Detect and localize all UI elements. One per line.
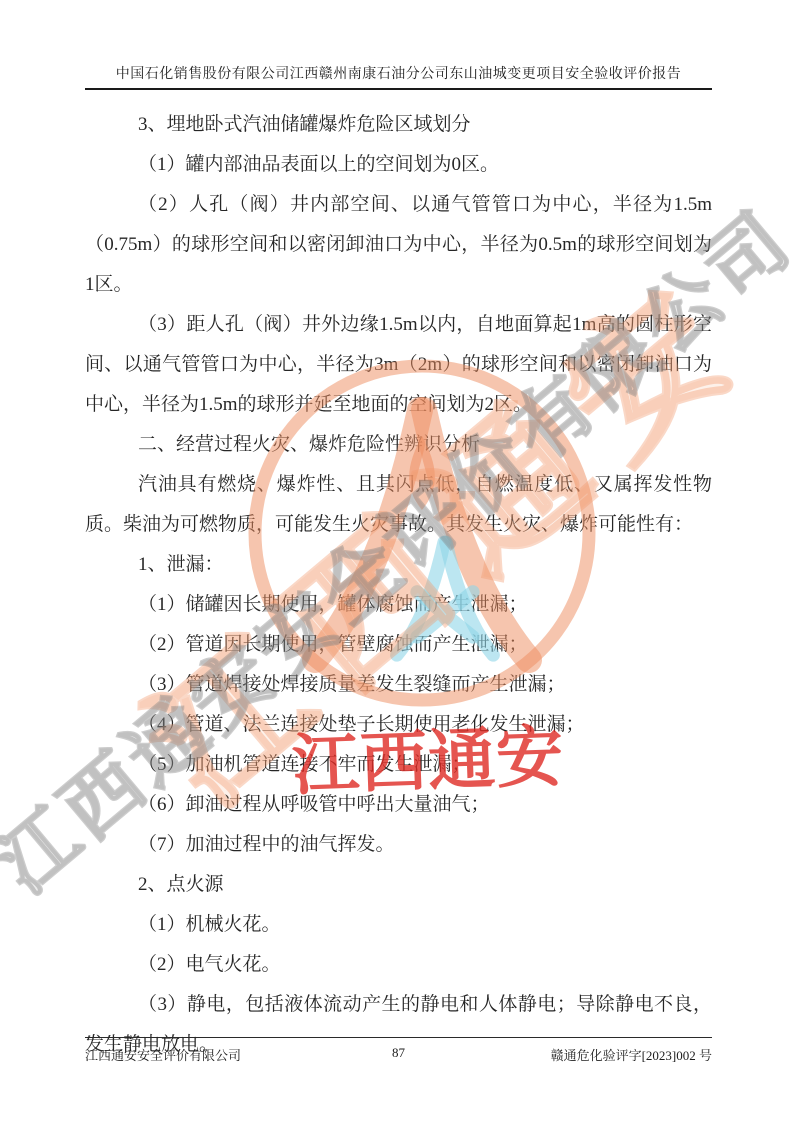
paragraph: （3）管道焊接处焊接质量差发生裂缝而产生泄漏；: [85, 665, 712, 705]
paragraph: （1）机械火花。: [85, 905, 712, 945]
paragraph: （6）卸油过程从呼吸管中呼出大量油气；: [85, 785, 712, 825]
paragraph: （4）管道、法兰连接处垫子长期使用老化发生泄漏；: [85, 705, 712, 745]
paragraph: 二、经营过程火灾、爆炸危险性辨识分析: [85, 425, 712, 465]
paragraph: （5）加油机管道连接不牢而发生泄漏；: [85, 745, 712, 785]
header-divider: [85, 88, 712, 90]
paragraph: 汽油具有燃烧、爆炸性、且其闪点低，自燃温度低、又属挥发性物质。柴油为可燃物质，可…: [85, 465, 712, 545]
paragraph: （2）电气火花。: [85, 945, 712, 985]
paragraph: （1）罐内部油品表面以上的空间划为0区。: [85, 145, 712, 185]
paragraph: （3）静电，包括液体流动产生的静电和人体静电；导除静电不良，发生静电放电。: [85, 985, 712, 1065]
document-body: 3、埋地卧式汽油储罐爆炸危险区域划分 （1）罐内部油品表面以上的空间划为0区。 …: [85, 105, 712, 1065]
page-header-title: 中国石化销售股份有限公司江西赣州南康石油分公司东山油城变更项目安全验收评价报告: [85, 63, 712, 83]
paragraph: （7）加油过程中的油气挥发。: [85, 825, 712, 865]
paragraph: （1）储罐因长期使用，罐体腐蚀而产生泄漏；: [85, 585, 712, 625]
paragraph: 1、泄漏：: [85, 545, 712, 585]
report-page: 中国石化销售股份有限公司江西赣州南康石油分公司东山油城变更项目安全验收评价报告 …: [0, 0, 794, 1123]
paragraph: （2）管道因长期使用，管壁腐蚀而产生泄漏；: [85, 625, 712, 665]
paragraph: 2、点火源: [85, 865, 712, 905]
paragraph: （3）距人孔（阀）井外边缘1.5m以内，自地面算起1m高的圆柱形空间、以通气管管…: [85, 305, 712, 425]
paragraph: 3、埋地卧式汽油储罐爆炸危险区域划分: [85, 105, 712, 145]
paragraph: （2）人孔（阀）井内部空间、以通气管管口为中心，半径为1.5m（0.75m）的球…: [85, 185, 712, 305]
